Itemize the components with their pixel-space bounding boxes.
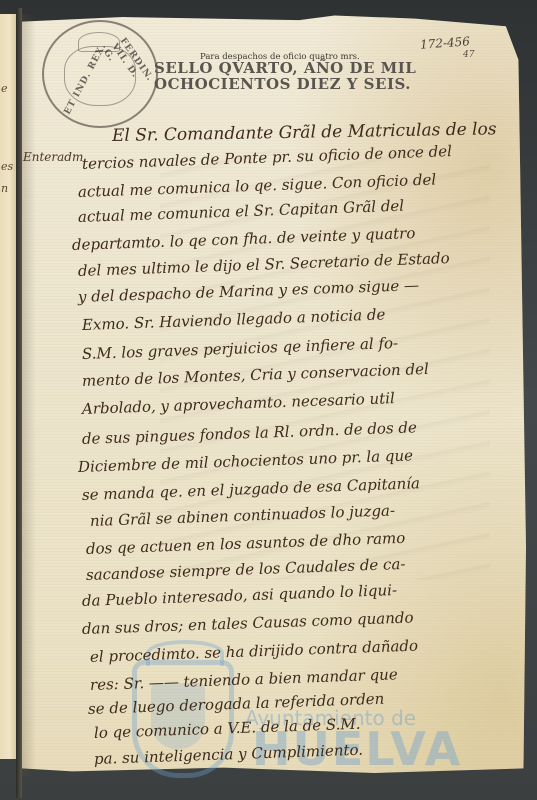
prev-page-fragment: es [1, 160, 13, 173]
prev-page-fragment: e [1, 82, 8, 95]
stamp-title: SELLO QVARTO, AÑO DE MIL OCHOCIENTOS DIE… [154, 60, 416, 92]
page-fold-shadow [22, 14, 36, 776]
royal-seal-stamp: ET IND. REX. FERDIN. VII. D. G. [42, 20, 158, 128]
archive-reference-sub: 47 [463, 50, 474, 60]
margin-annotation: Enteradm [23, 150, 83, 164]
prev-page-fragment: n [1, 182, 8, 195]
stamp-title-line-2: OCHOCIENTOS DIEZ Y SEIS. [154, 76, 416, 92]
previous-page-edge: e es n [0, 14, 17, 759]
stamp-title-line-1: SELLO QVARTO, AÑO DE MIL [154, 60, 416, 76]
